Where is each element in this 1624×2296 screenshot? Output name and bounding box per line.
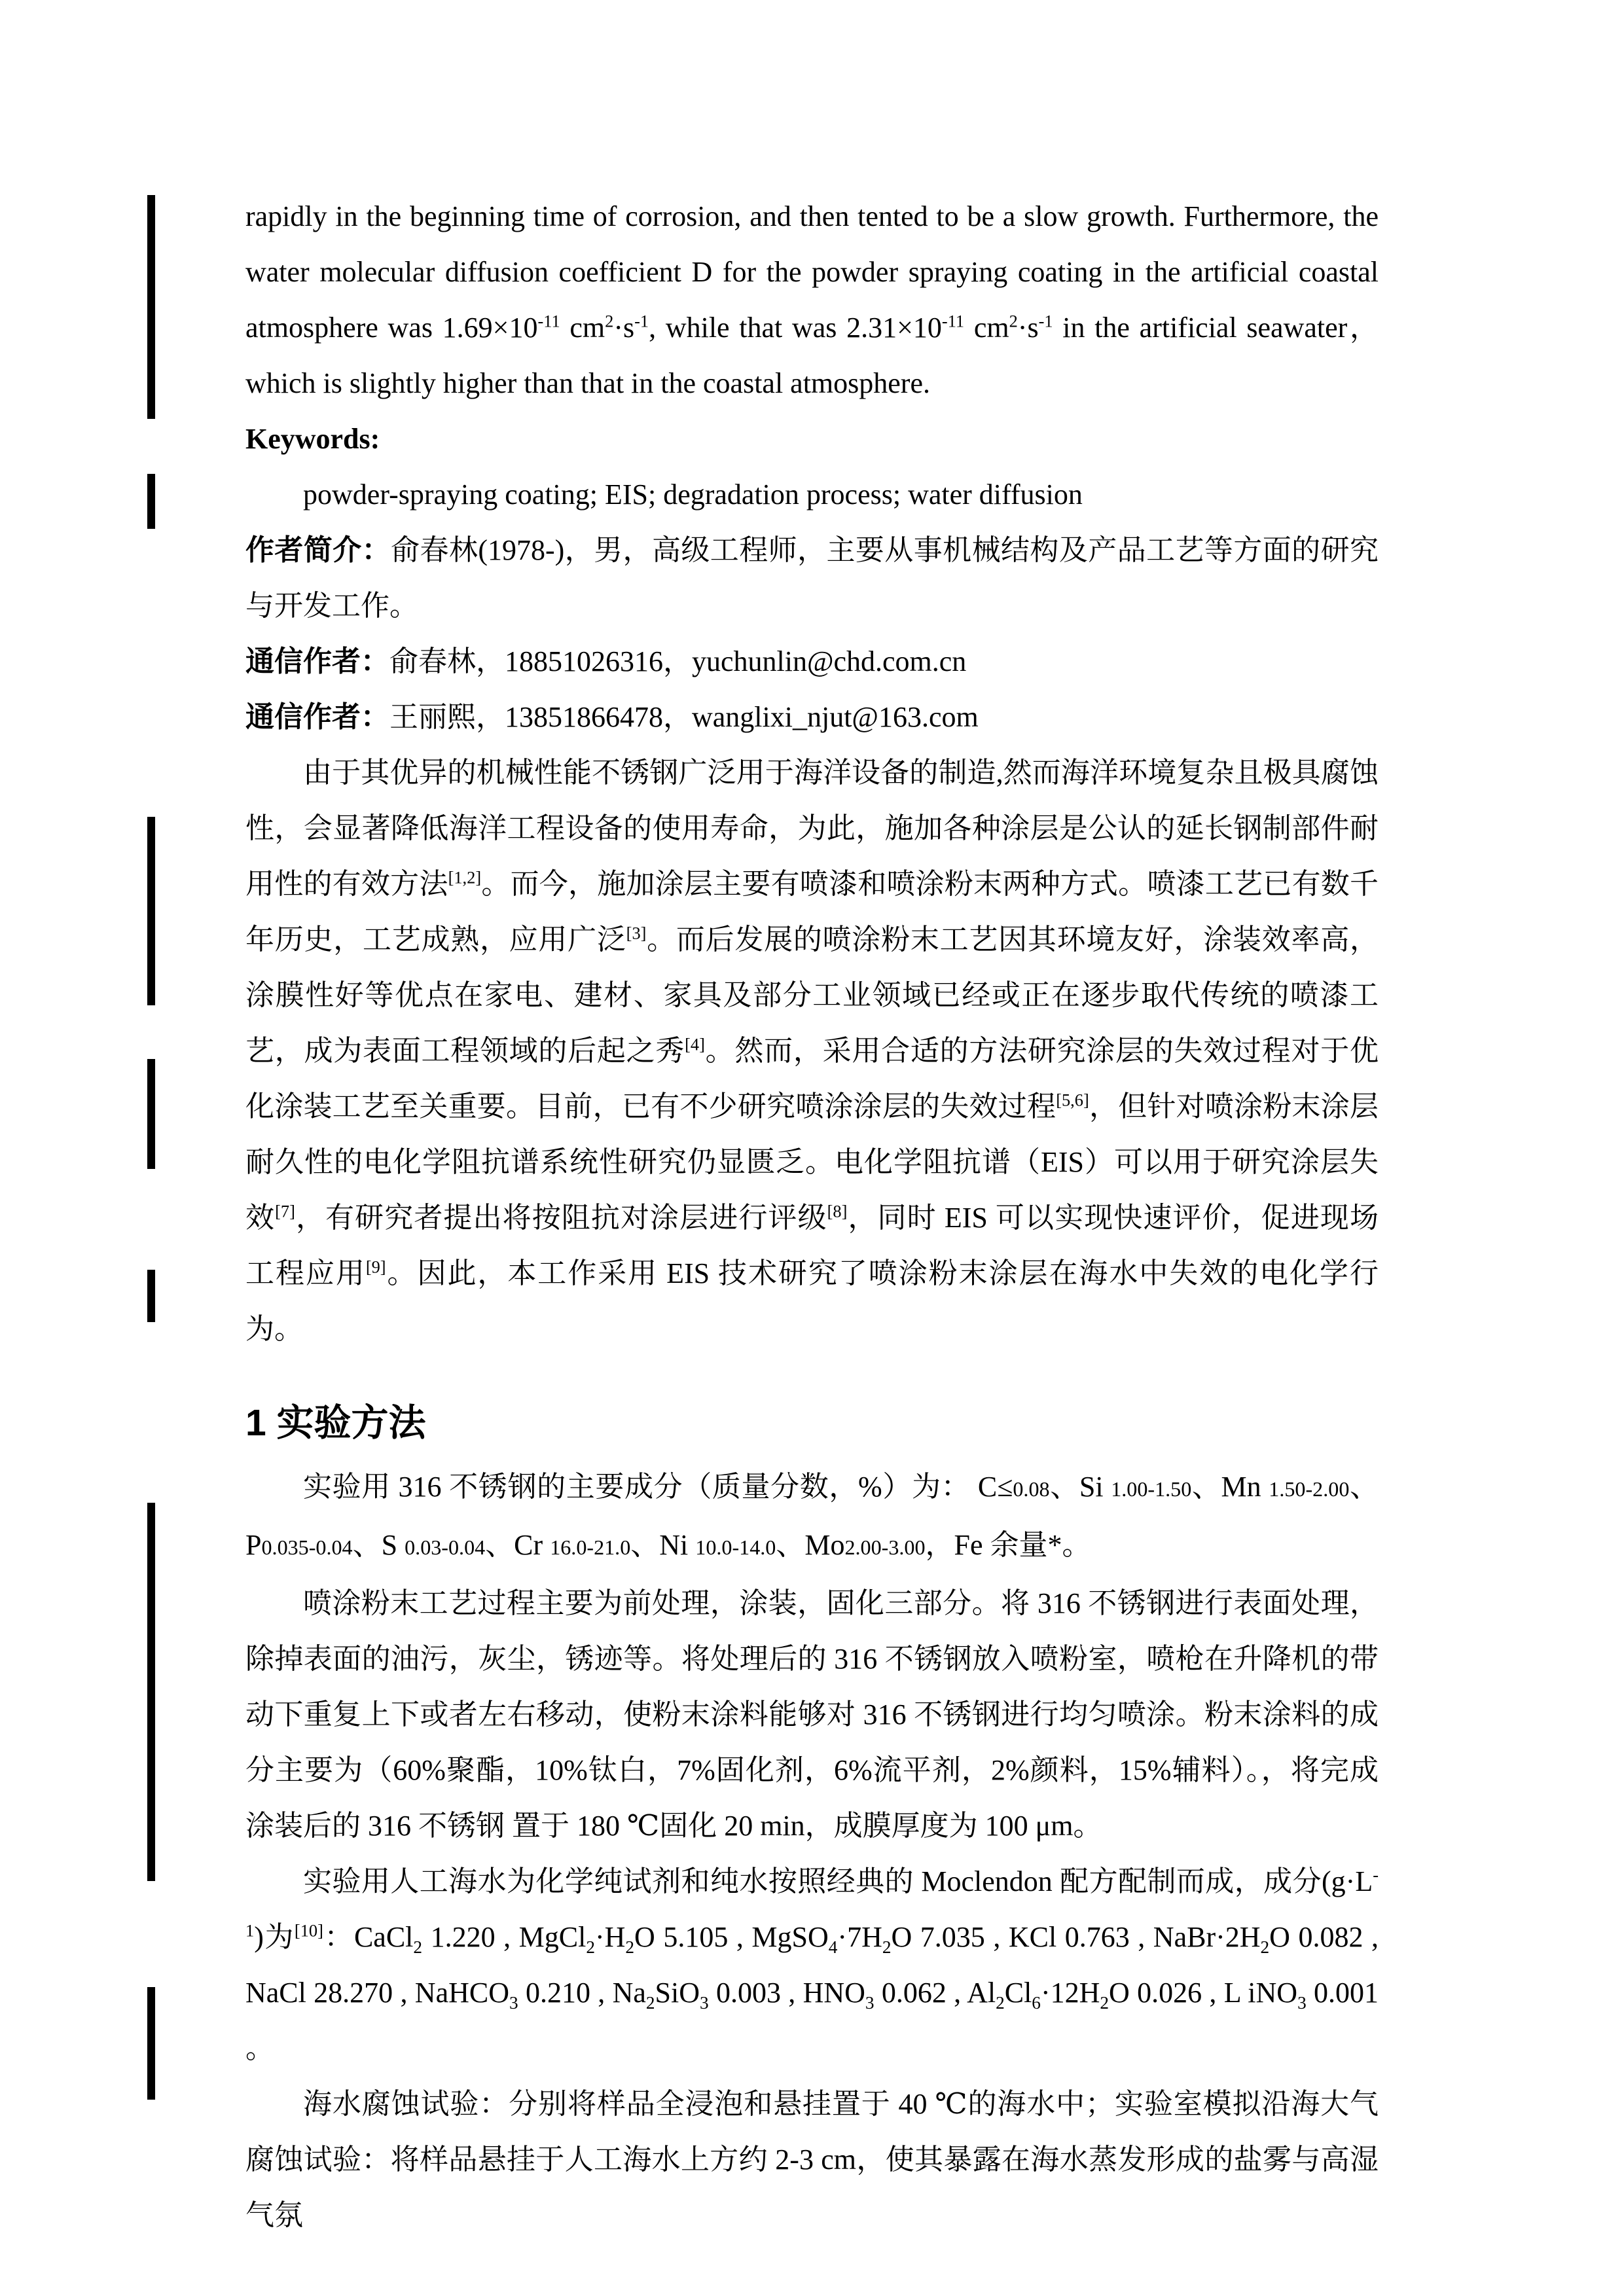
text-run: 实验用人工海水为化学纯试剂和纯水按照经典的 Moclendon 配方配制而成，成… — [303, 1865, 1373, 1897]
text-run: 通信作者： — [245, 645, 389, 677]
text-run: ·s — [613, 312, 634, 344]
text-run: 作者简介： — [245, 534, 391, 566]
subscript-run: 2 — [625, 1937, 634, 1957]
subscript-run: 4 — [829, 1937, 838, 1957]
composition-paragraph: 实验用 316 不锈钢的主要成分（质量分数，%）为： C≤0.08、Si 1.0… — [245, 1459, 1379, 1575]
text-run: )为 — [254, 1921, 295, 1953]
revision-bar — [147, 195, 155, 419]
superscript-run: 2 — [605, 311, 613, 331]
text-run: cm — [560, 312, 605, 344]
text-run: 、Mo — [776, 1529, 844, 1561]
subscript-run: 2 — [882, 1937, 892, 1957]
revision-bar — [147, 1059, 155, 1169]
subscript-run: 2 — [586, 1937, 595, 1957]
introduction-paragraph: 由于其优异的机械性能不锈钢广泛用于海洋设备的制造,然而海洋环境复杂且极具腐蚀性，… — [245, 745, 1379, 1357]
keywords-line: powder-spraying coating; EIS; degradatio… — [245, 467, 1379, 522]
subscript-run: 2 — [996, 1993, 1005, 2013]
superscript-run: [9] — [366, 1257, 386, 1276]
text-run: SiO — [655, 1977, 700, 2009]
text-run: 俞春林，18851026316，yuchunlin@chd.com.cn — [389, 645, 966, 677]
revision-bar — [147, 817, 155, 1005]
text-run: 海水腐蚀试验：分别将样品全浸泡和悬挂置于 40 ℃的海水中；实验室模拟沿海大气腐… — [245, 2088, 1379, 2231]
subscript-run: 3 — [700, 1993, 709, 2013]
text-run: 、Si — [1050, 1471, 1111, 1503]
text-run: O 5.105 , MgSO — [634, 1921, 829, 1953]
text-run: 、S — [353, 1529, 405, 1561]
document-page: rapidly in the beginning time of corrosi… — [0, 0, 1624, 2296]
subscript-run: 6 — [1032, 1993, 1041, 2013]
subscript-run: 3 — [1297, 1993, 1307, 2013]
seawater-paragraph: 实验用人工海水为化学纯试剂和纯水按照经典的 Moclendon 配方配制而成，成… — [245, 1854, 1379, 2076]
text-run: 1.220 , MgCl — [422, 1921, 586, 1953]
section-heading: 1 实验方法 — [245, 1387, 1379, 1459]
revision-bar — [147, 1503, 155, 1881]
superscript-run: -1 — [634, 311, 649, 331]
text-run: 16.0-21.0 — [550, 1535, 630, 1559]
superscript-run: [5,6] — [1056, 1090, 1089, 1109]
text-run: O 7.035 , KCl 0.763 , NaBr·2H — [892, 1921, 1261, 1953]
superscript-run: [1,2] — [448, 867, 482, 887]
superscript-run: [10] — [295, 1920, 323, 1940]
text-run: ，Fe 余量*。 — [926, 1529, 1091, 1561]
subscript-run: 3 — [865, 1993, 875, 2013]
keywords-heading: Keywords: — [245, 411, 1379, 467]
text-run: 、Ni — [630, 1529, 695, 1561]
text-run: ：CaCl — [323, 1921, 414, 1953]
text-run: 0.03-0.04 — [405, 1535, 485, 1559]
corrosion-test-paragraph: 海水腐蚀试验：分别将样品全浸泡和悬挂置于 40 ℃的海水中；实验室模拟沿海大气腐… — [245, 2076, 1379, 2243]
text-run: 。因此，本工作采用 EIS 技术研究了喷涂粉末涂层在海水中失效的电化学行为。 — [245, 1257, 1379, 1345]
text-run: , while that was 2.31×10 — [649, 312, 942, 344]
text-run: 0.062 , Al — [875, 1977, 996, 2009]
text-run: ·H — [595, 1921, 625, 1953]
subscript-run: 2 — [1261, 1937, 1270, 1957]
superscript-run: -11 — [942, 311, 964, 331]
text-run: 10.0-14.0 — [695, 1535, 776, 1559]
corresponding-author-1: 通信作者：俞春林，18851026316，yuchunlin@chd.com.c… — [245, 634, 1379, 689]
text-run: 、Cr — [485, 1529, 550, 1561]
superscript-run: [7] — [275, 1201, 295, 1221]
text-run: 0.08 — [1013, 1477, 1049, 1501]
text-run: 、Mn — [1191, 1471, 1269, 1503]
text-run: 通信作者： — [245, 701, 389, 733]
subscript-run: 2 — [1100, 1993, 1109, 2013]
subscript-run: 2 — [646, 1993, 655, 2013]
revision-bar — [147, 1987, 155, 2100]
text-run: ，有研究者提出将按阻抗对涂层进行评级 — [295, 1202, 827, 1234]
text-run: ·12H — [1041, 1977, 1100, 2009]
text-run: 喷涂粉末工艺过程主要为前处理，涂装，固化三部分。将 316 不锈钢进行表面处理，… — [245, 1587, 1379, 1842]
process-paragraph: 喷涂粉末工艺过程主要为前处理，涂装，固化三部分。将 316 不锈钢进行表面处理，… — [245, 1575, 1379, 1854]
text-run: 0.035-0.04 — [261, 1535, 352, 1559]
author-bio-paragraph: 作者简介：俞春林(1978-)，男，高级工程师，主要从事机械结构及产品工艺等方面… — [245, 522, 1379, 634]
superscript-run: [4] — [685, 1034, 705, 1054]
text-run: ·7H — [837, 1921, 882, 1953]
text-run: 1.50-2.00 — [1269, 1477, 1349, 1501]
superscript-run: -11 — [537, 311, 560, 331]
document-content: rapidly in the beginning time of corrosi… — [245, 188, 1379, 2243]
text-run: cm — [964, 312, 1009, 344]
abstract-tail-paragraph: rapidly in the beginning time of corrosi… — [245, 188, 1379, 411]
revision-bar — [147, 1270, 155, 1322]
text-run: Cl — [1005, 1977, 1032, 2009]
superscript-run: [8] — [827, 1201, 848, 1221]
revision-bar — [147, 474, 155, 529]
text-run: O 0.026 , L iNO — [1109, 1977, 1297, 2009]
corresponding-author-2: 通信作者：王丽熙，13851866478，wanglixi_njut@163.c… — [245, 689, 1379, 745]
text-run: 1.00-1.50 — [1111, 1477, 1191, 1501]
subscript-run: 3 — [509, 1993, 518, 2013]
text-run: 王丽熙，13851866478，wanglixi_njut@163.com — [389, 701, 979, 733]
text-run: ·s — [1018, 312, 1039, 344]
superscript-run: [3] — [626, 923, 647, 942]
superscript-run: -1 — [1039, 311, 1053, 331]
superscript-run: 2 — [1009, 311, 1018, 331]
text-run: 实验用 316 不锈钢的主要成分（质量分数，%）为： C≤ — [303, 1471, 1013, 1503]
text-run: 2.00-3.00 — [844, 1535, 925, 1559]
subscript-run: 2 — [413, 1937, 422, 1957]
text-run: 0.003 , HNO — [709, 1977, 865, 2009]
text-run: 俞春林(1978-)，男，高级工程师，主要从事机械结构及产品工艺等方面的研究与开… — [245, 534, 1379, 622]
text-run: 0.210 , Na — [518, 1977, 646, 2009]
